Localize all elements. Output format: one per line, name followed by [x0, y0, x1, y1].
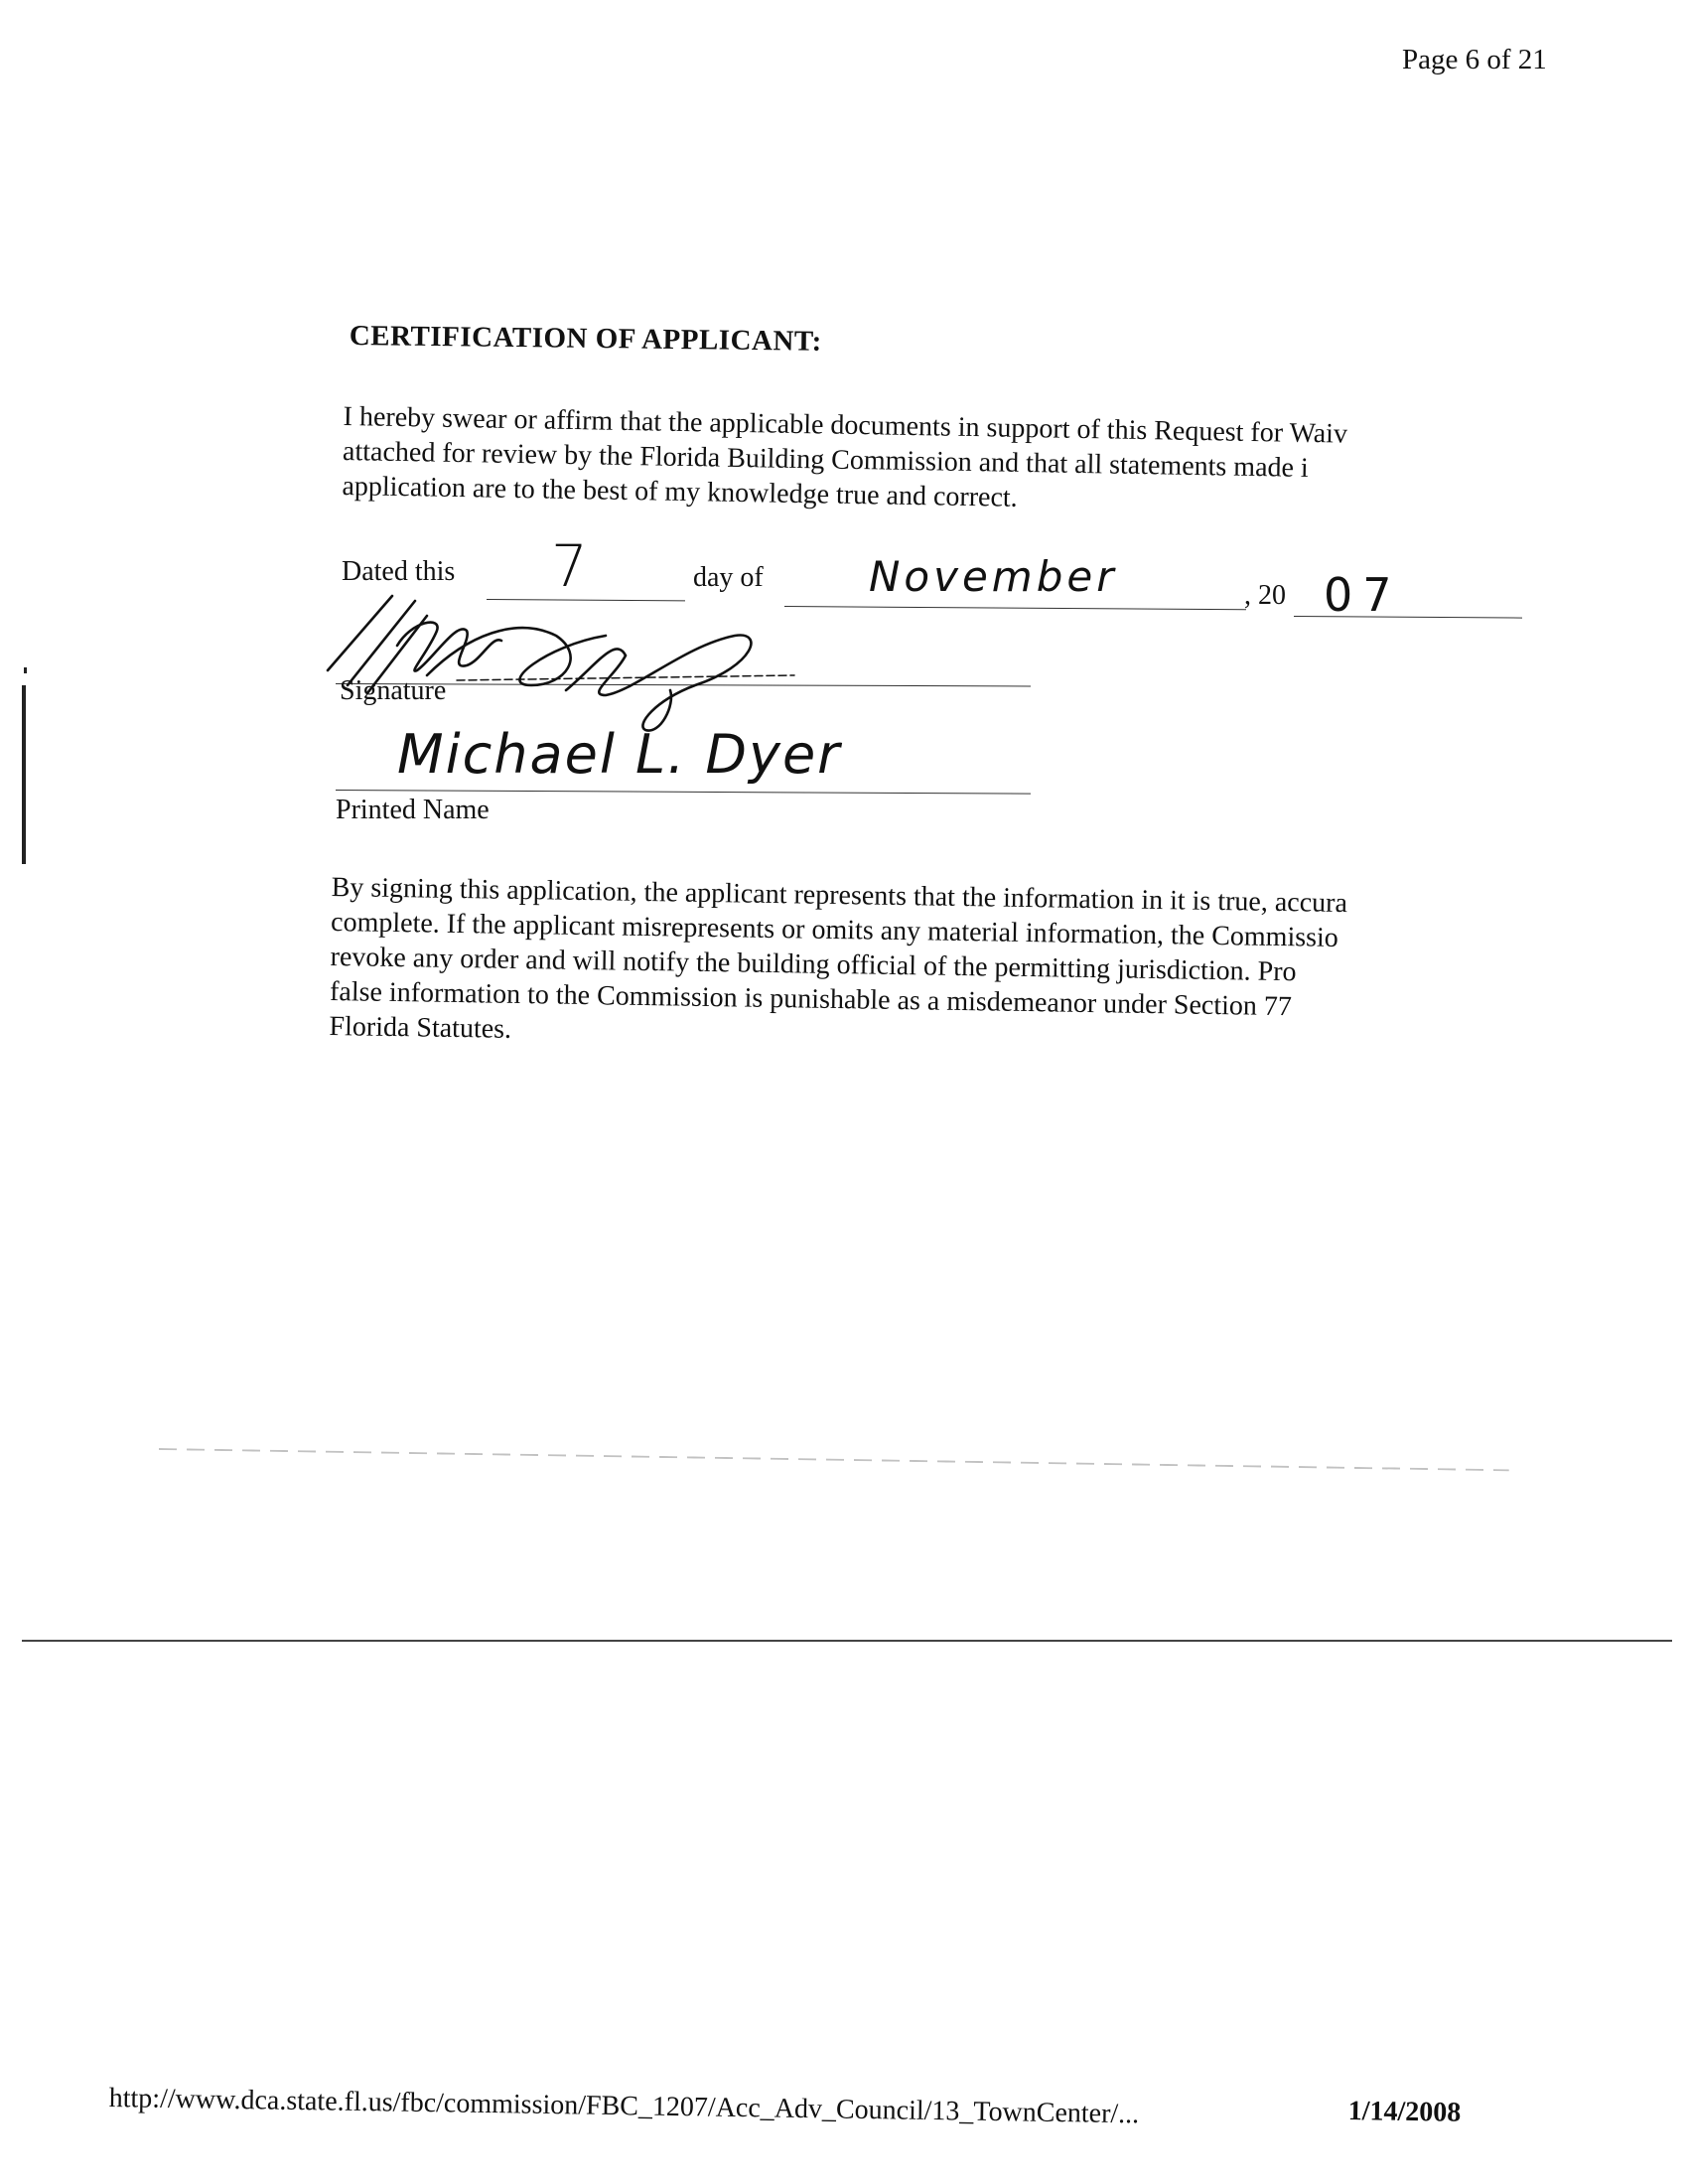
month-field-line	[784, 606, 1246, 610]
signature-field[interactable]	[318, 576, 834, 735]
printed-name-field[interactable]: Michael L. Dyer	[397, 723, 841, 786]
year-field[interactable]: 07	[1324, 568, 1402, 622]
page-divider	[22, 1640, 1672, 1642]
month-field[interactable]: November	[869, 552, 1118, 601]
footer-date: 1/14/2008	[1347, 2096, 1461, 2129]
certification-heading: CERTIFICATION OF APPLICANT:	[350, 320, 822, 359]
signature-label: Signature	[340, 675, 446, 707]
disclaimer-paragraph: By signing this application, the applica…	[329, 870, 1553, 1063]
scan-artifact-bar	[22, 685, 26, 864]
certification-statement: I hereby swear or affirm that the applic…	[342, 399, 1555, 524]
footer-url: http://www.dca.state.fl.us/fbc/commissio…	[108, 2083, 1139, 2130]
page-indicator: Page 6 of 21	[1402, 44, 1547, 76]
printed-name-label: Printed Name	[336, 795, 490, 826]
scan-artifact-tick	[24, 667, 27, 673]
faint-dashed-line	[159, 1448, 1509, 1471]
printed-name-line	[336, 790, 1031, 795]
year-prefix-label: , 20	[1244, 580, 1286, 612]
